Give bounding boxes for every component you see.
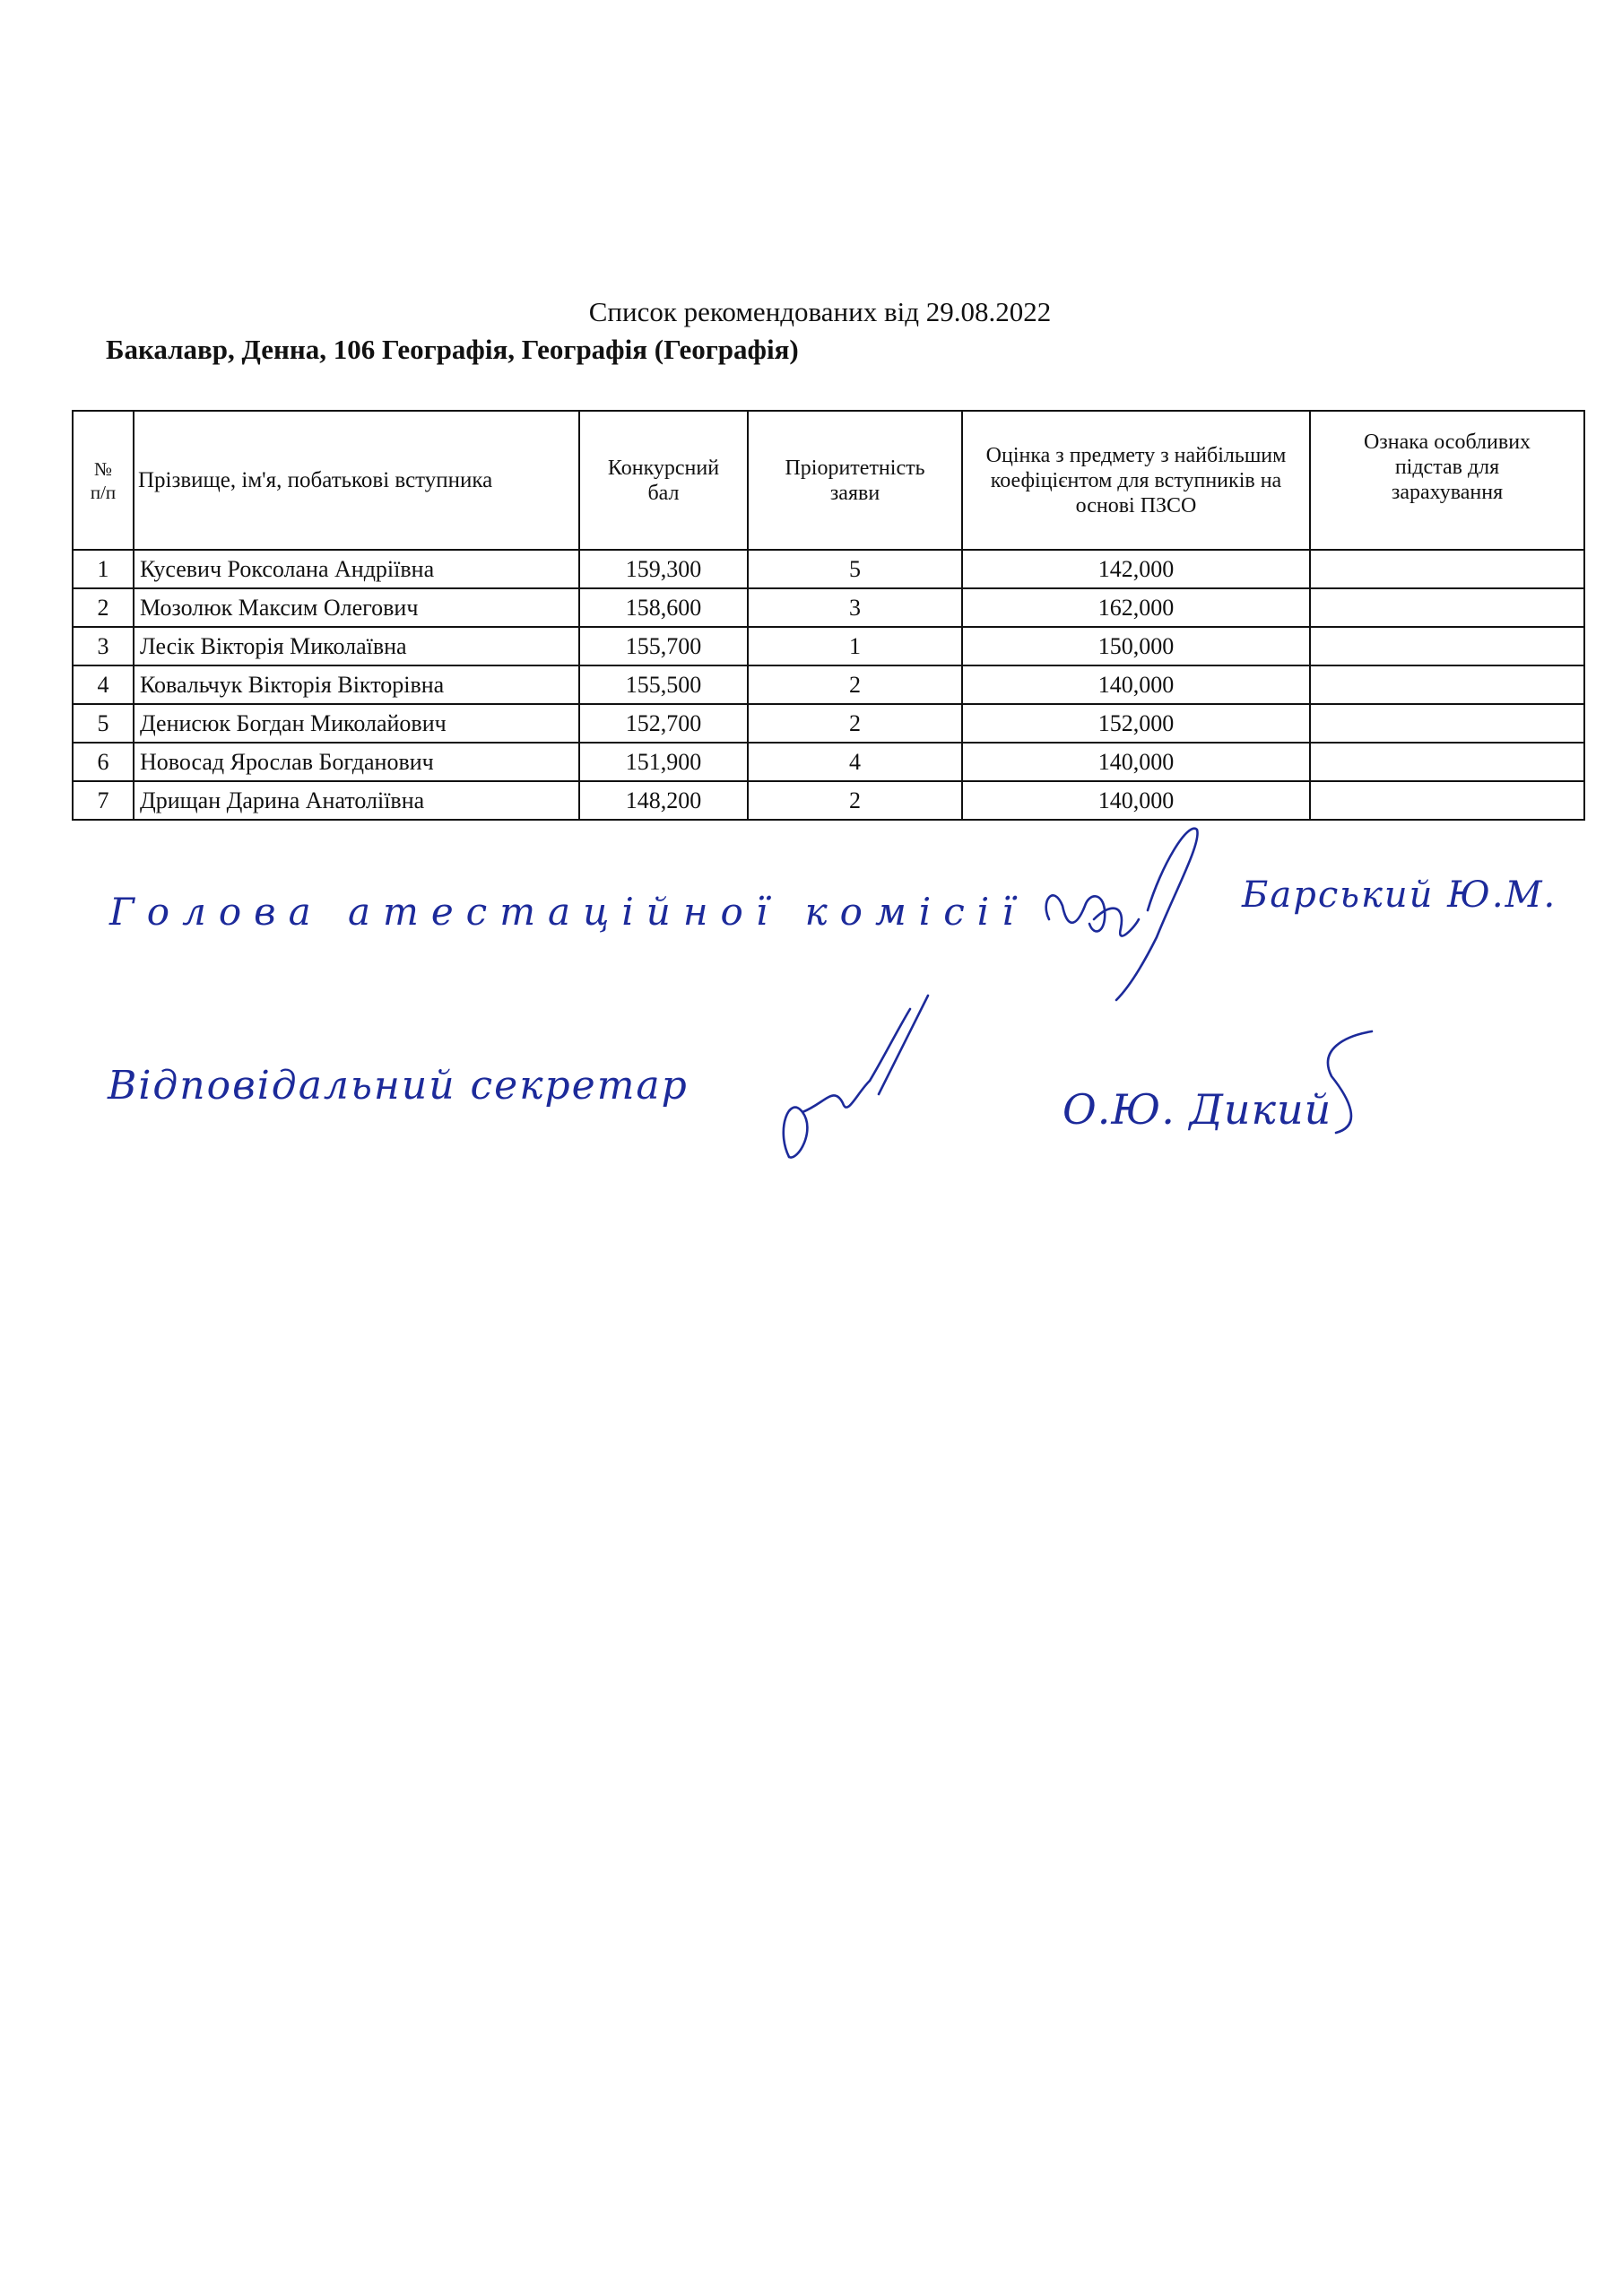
subject-score: 140,000 bbox=[962, 781, 1310, 820]
applicant-name: Денисюк Богдан Миколайович bbox=[134, 704, 579, 743]
competitive-score: 155,700 bbox=[579, 627, 748, 665]
table-row: 3Лесік Вікторія Миколаївна155,7001150,00… bbox=[73, 627, 1584, 665]
applicant-name: Ковальчук Вікторія Вікторівна bbox=[134, 665, 579, 704]
row-number: 1 bbox=[73, 550, 134, 588]
subject-score: 162,000 bbox=[962, 588, 1310, 627]
header-special-grounds: Ознака особливих підстав для зарахування bbox=[1310, 411, 1584, 550]
competitive-score: 155,500 bbox=[579, 665, 748, 704]
table-row: 1Кусевич Роксолана Андріївна159,3005142,… bbox=[73, 550, 1584, 588]
subject-score: 142,000 bbox=[962, 550, 1310, 588]
subject-score: 150,000 bbox=[962, 627, 1310, 665]
application-priority: 2 bbox=[748, 704, 962, 743]
subject-score: 152,000 bbox=[962, 704, 1310, 743]
application-priority: 5 bbox=[748, 550, 962, 588]
special-grounds bbox=[1310, 704, 1584, 743]
row-number: 5 bbox=[73, 704, 134, 743]
competitive-score: 151,900 bbox=[579, 743, 748, 781]
header-number: № п/п bbox=[73, 411, 134, 550]
special-grounds bbox=[1310, 627, 1584, 665]
application-priority: 2 bbox=[748, 665, 962, 704]
subject-score: 140,000 bbox=[962, 743, 1310, 781]
header-priority: Пріоритетність заяви bbox=[748, 411, 962, 550]
table-row: 7Дрищан Дарина Анатоліївна148,2002140,00… bbox=[73, 781, 1584, 820]
special-grounds bbox=[1310, 588, 1584, 627]
application-priority: 4 bbox=[748, 743, 962, 781]
special-grounds bbox=[1310, 550, 1584, 588]
recommended-list-table: № п/п Прізвище, ім'я, побатькові вступни… bbox=[72, 410, 1585, 821]
subject-score: 140,000 bbox=[962, 665, 1310, 704]
special-grounds bbox=[1310, 781, 1584, 820]
applicant-name: Лесік Вікторія Миколаївна bbox=[134, 627, 579, 665]
row-number: 2 bbox=[73, 588, 134, 627]
secretary-signature bbox=[771, 996, 1058, 1175]
row-number: 3 bbox=[73, 627, 134, 665]
special-grounds bbox=[1310, 743, 1584, 781]
applicant-name: Кусевич Роксолана Андріївна bbox=[134, 550, 579, 588]
row-number: 4 bbox=[73, 665, 134, 704]
application-priority: 2 bbox=[748, 781, 962, 820]
row-number: 6 bbox=[73, 743, 134, 781]
chair-role-handwritten: Голова атестаційної комісії bbox=[109, 890, 1027, 934]
table-header-row: № п/п Прізвище, ім'я, побатькові вступни… bbox=[73, 411, 1584, 550]
chair-name-handwritten: Барський Ю.М. bbox=[1242, 874, 1557, 916]
competitive-score: 152,700 bbox=[579, 704, 748, 743]
applicant-name: Новосад Ярослав Богданович bbox=[134, 743, 579, 781]
table-row: 6Новосад Ярослав Богданович151,9004140,0… bbox=[73, 743, 1584, 781]
application-priority: 1 bbox=[748, 627, 962, 665]
secretary-role-handwritten: Відповідальний секретар bbox=[108, 1063, 689, 1109]
header-subject-score: Оцінка з предмету з найбільшим коефіцієн… bbox=[962, 411, 1310, 550]
row-number: 7 bbox=[73, 781, 134, 820]
application-priority: 3 bbox=[748, 588, 962, 627]
competitive-score: 158,600 bbox=[579, 588, 748, 627]
header-score: Конкурсний бал bbox=[579, 411, 748, 550]
table-row: 5Денисюк Богдан Миколайович152,7002152,0… bbox=[73, 704, 1584, 743]
applicant-name: Мозолюк Максим Олегович bbox=[134, 588, 579, 627]
chair-signature bbox=[1040, 821, 1246, 1000]
table-row: 2Мозолюк Максим Олегович158,6003162,000 bbox=[73, 588, 1584, 627]
table-row: 4Ковальчук Вікторія Вікторівна155,500214… bbox=[73, 665, 1584, 704]
secretary-name-flourish bbox=[1282, 1027, 1390, 1135]
document-title: Список рекомендованих від 29.08.2022 bbox=[0, 296, 1622, 328]
special-grounds bbox=[1310, 665, 1584, 704]
competitive-score: 159,300 bbox=[579, 550, 748, 588]
competitive-score: 148,200 bbox=[579, 781, 748, 820]
document-subtitle: Бакалавр, Денна, 106 Географія, Географі… bbox=[106, 334, 799, 366]
applicant-name: Дрищан Дарина Анатоліївна bbox=[134, 781, 579, 820]
header-name: Прізвище, ім'я, побатькові вступника bbox=[134, 411, 579, 550]
